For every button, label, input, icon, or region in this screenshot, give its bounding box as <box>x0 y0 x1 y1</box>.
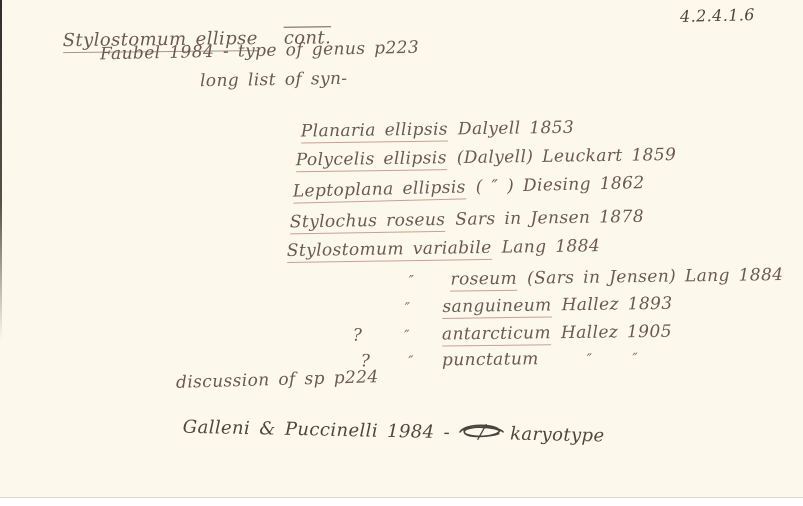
ditto-mark: ″ <box>587 352 593 368</box>
scribble-strikeout-icon <box>456 421 507 447</box>
catalog-number: 4.2.4.1.6 <box>680 5 755 26</box>
card-left-edge-shadow <box>0 0 2 340</box>
ditto-mark: ″ <box>408 354 414 370</box>
index-card: Stylostomum ellipsecont. 4.2.4.1.6 Faube… <box>0 0 803 498</box>
synonym-list-intro: long list of syn- <box>200 69 348 92</box>
karyotype-label: karyotype <box>510 424 605 447</box>
scanned-index-card-page: Stylostomum ellipsecont. 4.2.4.1.6 Faube… <box>0 0 803 506</box>
karyotype-citation: Galleni & Puccinelli 1984 - <box>183 417 451 444</box>
karyotype-line: Galleni & Puccinelli 1984 - karyotype <box>127 393 605 470</box>
ditto-mark: ″ <box>632 351 638 367</box>
synonym-name: punctatum <box>442 349 539 370</box>
